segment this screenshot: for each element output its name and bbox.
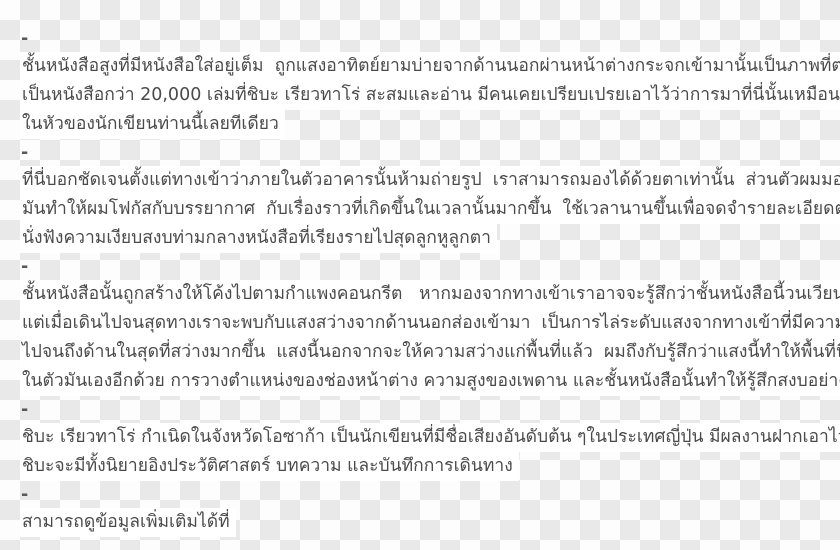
dash-text: -	[20, 257, 29, 277]
text-line-content: ชั้นหนังสือนั้นถูกสร้างให้โค้งไปตามกำแพง…	[20, 280, 840, 309]
dash-text: -	[20, 29, 29, 49]
paragraph-separator-dash: -	[20, 30, 832, 49]
paragraph-separator-dash: -	[20, 258, 832, 277]
text-line: ที่นี่บอกชัดเจนตั้งแต่ทางเข้าว่าภายในตัว…	[20, 166, 832, 195]
text-line-content: ชิบะจะมีทั้งนิยายอิงประวัติศาสตร์ บทความ…	[20, 452, 519, 481]
text-line: ชิบะจะมีทั้งนิยายอิงประวัติศาสตร์ บทความ…	[20, 452, 832, 481]
text-line: แต่เมื่อเดินไปจนสุดทางเราจะพบกับแสงสว่าง…	[20, 309, 832, 338]
text-line-content: ในหัวของนักเขียนท่านนี้เลยทีเดียว	[20, 110, 285, 139]
text-line-content: สามารถดูข้อมูลเพิ่มเติมได้ที่	[20, 508, 236, 537]
text-line: ในหัวของนักเขียนท่านนี้เลยทีเดียว	[20, 110, 832, 139]
text-line-content: ในตัวมันเองอีกด้วย การวางตำแหน่งของช่องห…	[20, 367, 840, 396]
paragraph-separator-dash: -	[20, 486, 832, 505]
text-line: ชิบะ เรียวทาโร่ กำเนิดในจังหวัดโอซาก้า เ…	[20, 423, 832, 452]
text-line-content: เป็นหนังสือกว่า 20,000 เล่มที่ชิบะ เรียว…	[20, 81, 840, 110]
text-line: เป็นหนังสือกว่า 20,000 เล่มที่ชิบะ เรียว…	[20, 81, 832, 110]
document-text: -ชั้นหนังสือสูงที่มีหนังสือใส่อยู่เต็ม ถ…	[0, 0, 840, 550]
text-line: นั่งฟังความเงียบสงบท่ามกลางหนังสือที่เรี…	[20, 224, 832, 253]
paragraph: ที่นี่บอกชัดเจนตั้งแต่ทางเข้าว่าภายในตัว…	[20, 166, 832, 253]
text-line-content: ไปจนถึงด้านในสุดที่สว่างมากขึ้น แสงนี้นอ…	[20, 338, 840, 367]
paragraph: ชั้นหนังสือสูงที่มีหนังสือใส่อยู่เต็ม ถู…	[20, 52, 832, 139]
text-line-content: มันทำให้ผมโฟกัสกับบรรยากาศ กับเรื่องราวท…	[20, 195, 840, 224]
paragraph: ชั้นหนังสือนั้นถูกสร้างให้โค้งไปตามกำแพง…	[20, 280, 832, 396]
text-line-content: ที่นี่บอกชัดเจนตั้งแต่ทางเข้าว่าภายในตัว…	[20, 166, 840, 195]
text-line: มันทำให้ผมโฟกัสกับบรรยากาศ กับเรื่องราวท…	[20, 195, 832, 224]
dash-text: -	[20, 485, 29, 505]
text-line: ไปจนถึงด้านในสุดที่สว่างมากขึ้น แสงนี้นอ…	[20, 338, 832, 367]
text-line: ในตัวมันเองอีกด้วย การวางตำแหน่งของช่องห…	[20, 367, 832, 396]
paragraph: สามารถดูข้อมูลเพิ่มเติมได้ที่	[20, 508, 832, 537]
text-line: ชั้นหนังสือสูงที่มีหนังสือใส่อยู่เต็ม ถู…	[20, 52, 832, 81]
dash-text: -	[20, 143, 29, 163]
text-line-content: ชิบะ เรียวทาโร่ กำเนิดในจังหวัดโอซาก้า เ…	[20, 423, 840, 452]
paragraph-separator-dash: -	[20, 401, 832, 420]
paragraph-separator-dash: -	[20, 144, 832, 163]
paragraph: ชิบะ เรียวทาโร่ กำเนิดในจังหวัดโอซาก้า เ…	[20, 423, 832, 481]
text-line-content: แต่เมื่อเดินไปจนสุดทางเราจะพบกับแสงสว่าง…	[20, 309, 840, 338]
text-line-content: นั่งฟังความเงียบสงบท่ามกลางหนังสือที่เรี…	[20, 224, 497, 253]
text-line-content: ชั้นหนังสือสูงที่มีหนังสือใส่อยู่เต็ม ถู…	[20, 52, 840, 81]
text-line: ชั้นหนังสือนั้นถูกสร้างให้โค้งไปตามกำแพง…	[20, 280, 832, 309]
text-line: สามารถดูข้อมูลเพิ่มเติมได้ที่	[20, 508, 832, 537]
dash-text: -	[20, 400, 29, 420]
